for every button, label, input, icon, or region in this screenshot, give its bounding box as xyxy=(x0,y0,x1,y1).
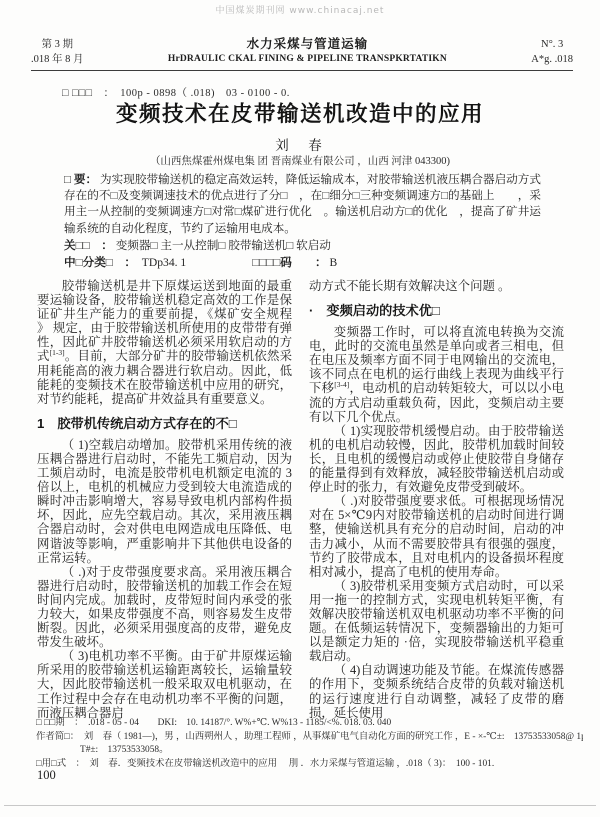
journal-header: 第 3 期 .018 年 8 月 水力采煤与管道运输 HrDRAULIC CKA… xyxy=(31,37,573,71)
section-1-item-1: （ 1)空载启动增加。胶带机采用传统的液压耦合器进行启动时，不能先工频启动，因为… xyxy=(37,438,292,565)
keywords-line: 关□□ ： 变频器□ 主一从控制□ 胶带输送机□ 软启动 xyxy=(64,238,541,254)
citation-note: □用□式 ： 刘 春．变频技术在皮带输送机改造中的应用 刖 ．水力采煤与管道运输… xyxy=(36,758,583,772)
section-1-item-3: （ 3)电机功率不平衡。由于矿井原煤运输所采用的胶带输送机运输距离较长，运输量较… xyxy=(37,649,292,719)
paper-title: 变频技术在皮带输送机改造中的应用 xyxy=(0,97,600,128)
citation-ref: [3-4] xyxy=(334,380,349,389)
section-2-item-4: （ 4)自动调速功能及节能。在煤流传感器的作用下，变频系统结合皮带的负载对输送机… xyxy=(309,663,564,719)
page: 中国煤炭期刊网 www.chinacaj.net 第 3 期 .018 年 8 … xyxy=(0,0,600,817)
keywords-text: 变频器□ 主一从控制□ 胶带输送机□ 软启动 xyxy=(116,239,331,252)
section-2-number: · xyxy=(309,303,313,318)
section-2-title: 变频启动的技术优□ xyxy=(326,303,439,318)
journal-title-en: HrDRAULIC CKAL FINING & PIPELINE TRANSPK… xyxy=(168,52,447,67)
section-1-title: 胶带机传统启动方式存在的不□ xyxy=(57,416,236,431)
section-2-item-3: （ 3)胶带机采用变频方式启动时，可以采用一拖一的控制方式，实现电机转矩平衡，有… xyxy=(309,579,564,664)
section-2-intro: 变频器工作时，可以将直流电转换为交流电，此时的交流电虽然是单向或者三相电，但在电… xyxy=(309,325,564,424)
phone-note: T#±: 13753533058。 xyxy=(36,744,583,758)
header-journal-block: 水力采煤与管道运输 HrDRAULIC CKAL FINING & PIPELI… xyxy=(168,37,447,67)
keywords-label: 关□□ ： xyxy=(64,239,116,252)
page-number: 100 xyxy=(37,768,56,783)
abstract-paragraph: □ 要： 为实现胶带输送机的稳定高效运转，降低运输成本，对胶带输送机液压耦合器启… xyxy=(64,172,541,237)
date-cn: .018 年 8 月 xyxy=(31,52,84,67)
issue-en: N°. 3 xyxy=(531,37,573,52)
header-issue-block: 第 3 期 .018 年 8 月 xyxy=(31,37,84,67)
header-issue-en-block: N°. 3 A*g. .018 xyxy=(531,37,573,67)
intro-text-post: 。目前，大部分矿井的胶带输送机依然采用耗能高的液力耦合器进行软启动。因此，低能耗… xyxy=(37,349,292,405)
classification-line: 中□分类□ ： TDp34. 1□□□□码 ： B xyxy=(64,255,541,271)
right-column: 动方式不能长期有效解决这个问题 。 ·变频启动的技术优□ 变频器工作时，可以将直… xyxy=(309,279,564,720)
section-1-number: 1 xyxy=(37,416,44,431)
abstract-label: □ 要： xyxy=(64,173,100,186)
section-2-item-2: （ .)对胶带强度要求低。可根据现场情况对在 5×℃9内对胶带输送机的启动时间进… xyxy=(309,494,564,579)
section-heading-2: ·变频启动的技术优□ xyxy=(309,300,564,319)
section-1-item-2: （ .)对于皮带强度要求高。采用液压耦合器进行启动时，胶带输送机的加载工作会在短… xyxy=(37,565,292,650)
author-affiliation: （山西焦煤霍州煤电集 团 晋南煤业有限公司 ，山西 河津 043300) xyxy=(0,153,600,168)
watermark-text: 中国煤炭期刊网 www.chinacaj.net xyxy=(0,3,600,16)
citation-ref: [1-3] xyxy=(50,348,65,357)
abstract-block: □ 要： 为实现胶带输送机的稳定高效运转，降低运输成本，对胶带输送机液压耦合器启… xyxy=(64,172,541,271)
continuation-paragraph: 动方式不能长期有效解决这个问题 。 xyxy=(309,279,564,293)
received-date-note: □ □□期 ： .018 - 05 - 04 DKI: 10. 14187/°.… xyxy=(36,717,583,731)
section-heading-1: 1胶带机传统启动方式存在的不□ xyxy=(37,413,292,432)
left-column: 胶带输送机是井下原煤运送到地面的最重要运输设备，胶带输送机稳定高效的工作是保证矿… xyxy=(37,279,292,720)
author-name: 刘 春 xyxy=(0,134,600,154)
clc-label: 中□分类□ ： xyxy=(64,256,142,269)
journal-title-cn: 水力采煤与管道运输 xyxy=(168,37,447,52)
author-bio-note: 作者简□： 刘 春（ 1981—)，男 ，山西朔州人 ，助理工程师 ，从事煤矿电… xyxy=(36,731,583,745)
date-en: A*g. .018 xyxy=(531,52,573,67)
footnotes: □ □□期 ： .018 - 05 - 04 DKI: 10. 14187/°.… xyxy=(36,717,583,771)
doc-code-label: □□□□码 ： xyxy=(252,256,329,269)
section-2-item-1: （ 1)实现胶带机缓慢启动。由于胶带输送机的电机启动较慢，因此，胶带机加载时间较… xyxy=(309,424,564,494)
scan-artifact-line xyxy=(4,805,596,806)
issue-cn: 第 3 期 xyxy=(31,37,84,52)
clc-value: TDp34. 1 xyxy=(142,256,186,269)
abstract-text: 为实现胶带输送机的稳定高效运转，降低运输成本，对胶带输送机液压耦合器启动方式存在… xyxy=(64,173,541,235)
body-columns: 胶带输送机是井下原煤运送到地面的最重要运输设备，胶带输送机稳定高效的工作是保证矿… xyxy=(37,279,564,720)
doc-code-value: B xyxy=(330,256,338,269)
doc-code: □□□□码 ： B xyxy=(252,256,337,269)
intro-paragraph: 胶带输送机是井下原煤运送到地面的最重要运输设备，胶带输送机稳定高效的工作是保证矿… xyxy=(37,279,292,406)
